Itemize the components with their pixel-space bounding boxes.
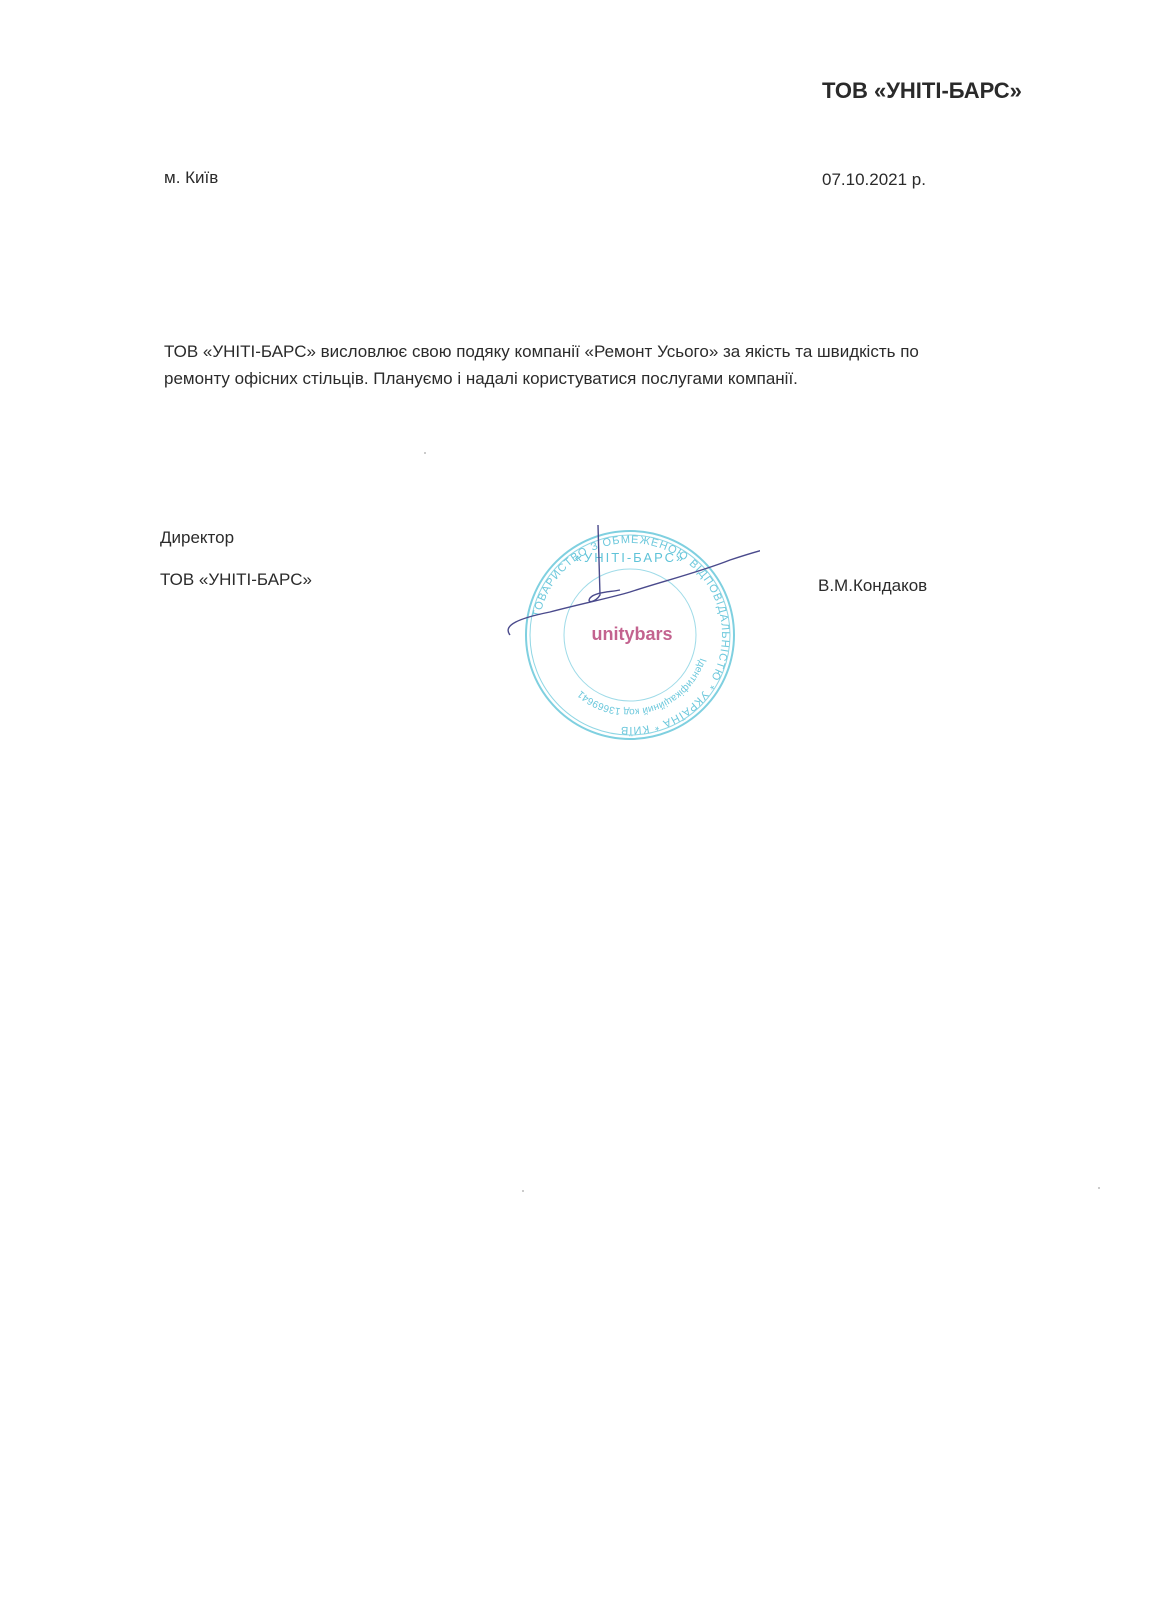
stamp-top-text: «УНІТІ-БАРС» — [575, 550, 685, 565]
stamp-center-text: unitybars — [591, 624, 672, 644]
city: м. Київ — [164, 168, 218, 188]
company-stamp: ТОВАРИСТВО З ОБМЕЖЕНОЮ ВІДПОВІДАЛЬНІСТЮ … — [500, 520, 760, 750]
letter-body: ТОВ «УНІТІ-БАРС» висловлює свою подяку к… — [164, 338, 919, 392]
signatory-title: Директор — [160, 528, 234, 548]
signatory-company: ТОВ «УНІТІ-БАРС» — [160, 570, 312, 590]
body-line-2: ремонту офісних стільців. Плануємо і над… — [164, 365, 919, 392]
body-line-1: ТОВ «УНІТІ-БАРС» висловлює свою подяку к… — [164, 338, 919, 365]
signatory-name: В.М.Кондаков — [818, 576, 927, 596]
letterhead-company: ТОВ «УНІТІ-БАРС» — [822, 78, 1022, 104]
letter-date: 07.10.2021 р. — [822, 170, 926, 190]
